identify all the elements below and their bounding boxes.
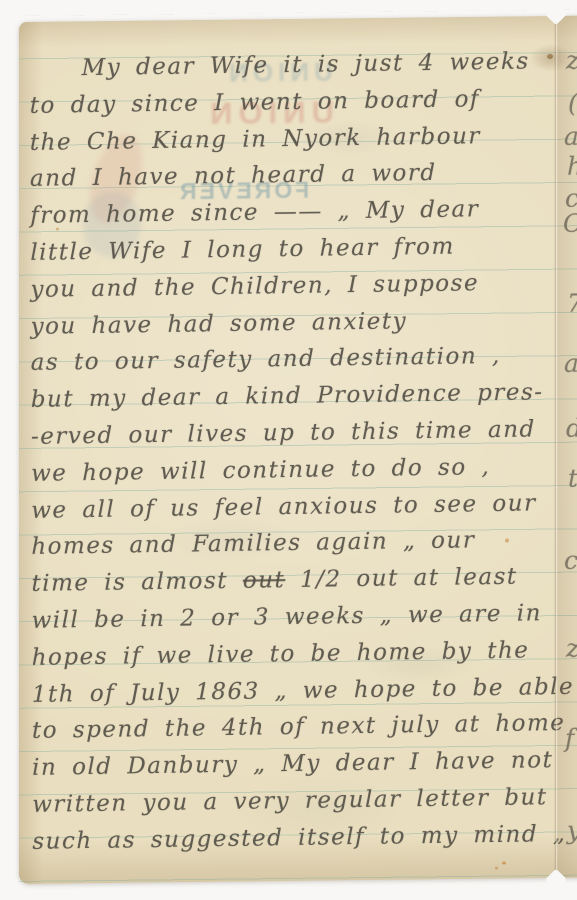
adjacent-page-stroke: y: [567, 816, 577, 845]
letter-page: UNION UNION FOREVER My dear Wife it is j…: [19, 15, 577, 884]
adjacent-page-stroke: z: [566, 634, 577, 663]
adjacent-page-stroke: t: [568, 464, 577, 493]
adjacent-page-stroke: a: [564, 122, 577, 151]
adjacent-page-stroke: (: [568, 89, 577, 118]
foxing-spot: [56, 228, 59, 231]
adjacent-page-stroke: a: [564, 349, 577, 378]
adjacent-page-stroke: d: [566, 414, 577, 443]
foxing-spot: [505, 538, 509, 542]
letter-scan-viewport: UNION UNION FOREVER My dear Wife it is j…: [0, 0, 577, 900]
adjacent-page-stroke: C: [563, 209, 577, 238]
letter-line-text: time is almost: [31, 568, 242, 597]
adjacent-page-stroke: f: [565, 724, 574, 753]
foxing-spot: [547, 54, 553, 59]
strikethrough-word: out: [243, 567, 285, 594]
adjacent-page-stroke: z: [566, 46, 577, 75]
adjacent-page-edge: z ( a h c C 7 a d t c z f y: [558, 15, 577, 878]
foxing-spot: [495, 867, 498, 870]
adjacent-page-stroke: h: [567, 152, 577, 181]
letter-line-text: 1/2 out at least: [285, 564, 517, 593]
adjacent-page-stroke: c: [564, 546, 577, 575]
letter-body: My dear Wife it is just 4 weeks to day s…: [30, 42, 577, 860]
adjacent-page-stroke: 7: [567, 289, 577, 318]
